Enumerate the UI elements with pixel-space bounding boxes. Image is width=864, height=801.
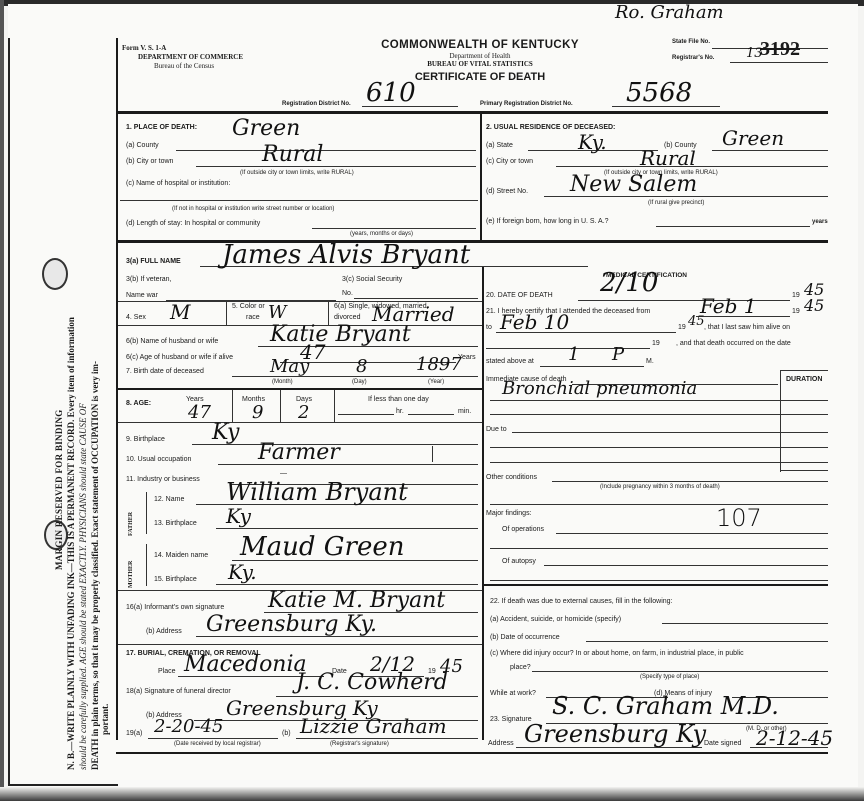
- age-div-3: [334, 390, 335, 422]
- marital-label-2: divorced: [334, 314, 360, 322]
- row-divider-age: [118, 388, 482, 390]
- hr-line: [338, 414, 394, 415]
- spouse-age-label: 6(c) Age of husband or wife if alive: [126, 354, 233, 362]
- res-street-note: (If rural give precinct): [648, 200, 704, 207]
- attended-from-year-prefix: 19: [792, 308, 800, 316]
- res-state-label: (a) State: [486, 142, 513, 150]
- industry-label: 11. Industry or business: [126, 476, 200, 484]
- res-city-label: (c) City or town: [486, 158, 533, 166]
- death-date-value: 2/10: [600, 268, 658, 298]
- autopsy-line: [544, 565, 828, 566]
- father-name-value: William Bryant: [226, 478, 408, 506]
- mother-bracket: [146, 544, 147, 586]
- place-note: (Specify type of place): [640, 674, 699, 681]
- age-days-value: 2: [298, 402, 309, 423]
- race-label: race: [246, 314, 260, 322]
- local-registrar-label: (b): [282, 730, 291, 738]
- stated-time-value: 1: [568, 344, 579, 365]
- place-label: place?: [510, 664, 531, 672]
- birth-date-label: 7. Birth date of deceased: [126, 368, 204, 376]
- res-street-label: (d) Street No.: [486, 188, 528, 196]
- operations-label: Of operations: [502, 526, 544, 534]
- father-bracket: [146, 492, 147, 534]
- attended-from-year: 45: [804, 296, 824, 315]
- res-county-line: [712, 150, 828, 151]
- header-divider: [116, 111, 828, 114]
- bureau-vital-stats: BUREAU OF VITAL STATISTICS: [360, 60, 600, 68]
- foreign-born-line: [656, 226, 810, 227]
- age-div-2: [280, 390, 281, 422]
- hospital-note: (If not in hospital or institution write…: [172, 206, 334, 213]
- annotation-handwritten: Ro. Graham: [615, 2, 724, 23]
- state-file-label: State File No.: [672, 38, 710, 46]
- birth-year: 1897: [416, 354, 462, 375]
- death-county-label: (a) County: [126, 142, 159, 150]
- funeral-director-label: 18(a) Signature of funeral director: [126, 688, 231, 696]
- attended-from-value: Feb 1: [700, 294, 757, 318]
- place-line: [532, 671, 828, 672]
- row-divider-birthplace: [118, 422, 482, 423]
- res-street-value: New Salem: [570, 172, 697, 197]
- to-label: to: [486, 324, 492, 332]
- full-name-value: James Alvis Bryant: [222, 240, 470, 270]
- mother-name-label: 14. Maiden name: [154, 552, 208, 560]
- ssn-label: 3(c) Social Security: [342, 276, 402, 284]
- mother-birthplace-line: [216, 584, 478, 585]
- duration-label: DURATION: [786, 376, 822, 384]
- margin-note-line-3: DEATH in plain terms, so that it may be …: [90, 361, 100, 770]
- other-conditions-line-2: [490, 504, 828, 505]
- father-name-label: 12. Name: [154, 496, 184, 504]
- stated-time-line: [540, 366, 644, 367]
- burial-place-value: Macedonia: [184, 652, 307, 677]
- father-birthplace-line: [216, 528, 478, 529]
- mother-side-label: MOTHER: [128, 561, 134, 588]
- form-bottom-left: [116, 752, 484, 754]
- informant-signature-label: 16(a) Informant's own signature: [126, 604, 224, 612]
- death-occurred-prefix: 19: [652, 340, 660, 348]
- due-to-line-2: [490, 447, 828, 448]
- hospital-line: [120, 200, 478, 201]
- other-conditions-line: [552, 481, 828, 482]
- funeral-director-value: J. C. Cowherd: [296, 670, 448, 695]
- cause-line-3: [490, 414, 828, 415]
- accident-line: [662, 623, 828, 624]
- birth-year-note: (Year): [428, 379, 444, 386]
- veteran-label: 3(b) If veteran,: [126, 276, 172, 284]
- informant-address-label: (b) Address: [146, 628, 182, 636]
- margin-border-bottom: [8, 784, 118, 786]
- cause-line-2: [490, 400, 828, 401]
- death-county-value: Green: [232, 116, 300, 141]
- primary-district-value: 5568: [626, 78, 692, 108]
- death-date-line: [578, 300, 790, 301]
- autopsy-label: Of autopsy: [502, 558, 536, 566]
- dept-health: Department of Health: [360, 52, 600, 60]
- foreign-born-label: (e) If foreign born, how long in U. S. A…: [486, 218, 609, 226]
- industry-value: —: [280, 470, 287, 478]
- city-line: [196, 166, 476, 167]
- stay-note: (years, months or days): [350, 231, 413, 238]
- res-county-value: Green: [722, 126, 784, 150]
- operations-value: 107: [716, 504, 762, 532]
- color-label: 5. Color or: [232, 303, 265, 311]
- registrar-no-value: 13: [746, 46, 763, 61]
- cause-value: Bronchial pneumonia: [502, 378, 697, 399]
- received-line: [148, 738, 278, 739]
- age-label: 8. AGE:: [126, 400, 151, 408]
- registrar-no-line: [730, 62, 828, 63]
- date-signed-label: Date signed: [704, 740, 741, 748]
- birth-day: 8: [356, 356, 367, 377]
- operations-line-2: [490, 548, 828, 549]
- spouse-value: Katie Bryant: [270, 322, 411, 347]
- local-registrar-note: (Registrar's signature): [330, 741, 389, 748]
- external-title: 22. If death was due to external causes,…: [490, 598, 673, 606]
- burial-place-label: Place: [158, 668, 176, 676]
- death-occurred-label: , and that death occurred on the date: [676, 340, 791, 348]
- spouse-label: 6(b) Name of husband or wife: [126, 338, 218, 346]
- mother-birthplace-value: Ky.: [228, 560, 257, 584]
- age-lessday-label: If less than one day: [368, 396, 429, 404]
- duration-box-left: [780, 370, 781, 472]
- place-of-death-title: 1. PLACE OF DEATH:: [126, 124, 197, 132]
- date-signed-value: 2-12-45: [756, 726, 833, 750]
- sex-value: M: [170, 300, 190, 324]
- occupation-value: Farmer: [258, 440, 340, 465]
- received-value: 2-20-45: [154, 716, 223, 737]
- stay-label: (d) Length of stay: In hospital or commu…: [126, 220, 260, 228]
- local-registrar-line: [296, 738, 478, 739]
- mother-birthplace-label: 15. Birthplace: [154, 576, 197, 584]
- column-divider-main: [482, 266, 484, 740]
- informant-address-value: Greensburg Ky.: [206, 612, 377, 637]
- occupation-label: 10. Usual occupation: [126, 456, 191, 464]
- physician-signature-value: S. C. Graham M.D.: [552, 692, 779, 720]
- row-divider-burial: [118, 644, 482, 645]
- duration-box-bottom: [780, 470, 828, 471]
- state-file-number: 3192: [760, 38, 800, 61]
- department-name: DEPARTMENT OF COMMERCE: [122, 53, 243, 62]
- due-to-line-1: [512, 432, 828, 433]
- margin-note-line-1: N. B.—WRITE PLAINLY WITH UNFADING INK—TH…: [66, 317, 76, 770]
- occupation-mark: [432, 446, 433, 462]
- binding-hole-icon: [42, 258, 68, 290]
- attended-to-year-prefix: 19: [678, 324, 686, 332]
- mother-name-value: Maud Green: [240, 532, 405, 562]
- birth-day-note: (Day): [352, 379, 367, 386]
- last-saw-label: , that I last saw him alive on: [704, 324, 790, 332]
- age-hr-label: hr.: [396, 408, 404, 416]
- sex-label: 4. Sex: [126, 314, 146, 322]
- stated-m-label: M.: [646, 358, 654, 366]
- ssn-line: [354, 298, 478, 299]
- primary-district-label: Primary Registration District No.: [480, 100, 573, 108]
- birth-month: May: [270, 356, 309, 377]
- margin-border: [8, 38, 10, 786]
- death-city-value: Rural: [262, 142, 323, 167]
- birthplace-value: Ky: [212, 420, 239, 445]
- column-divider-top: [480, 114, 482, 242]
- age-div-1: [232, 390, 233, 422]
- bureau-name: Bureau of the Census: [122, 62, 243, 71]
- attended-to-value: Feb 10: [500, 310, 569, 334]
- age-months-value: 9: [252, 402, 263, 423]
- death-date-label: 20. DATE OF DEATH: [486, 292, 553, 300]
- registration-district-label: Registration District No.: [282, 100, 351, 108]
- scan-edge-bottom: [0, 787, 864, 801]
- margin-note-line-2: should be carefully supplied. AGE should…: [78, 403, 88, 770]
- full-name-label: 3(a) FULL NAME: [126, 258, 181, 266]
- other-conditions-label: Other conditions: [486, 474, 537, 482]
- age-min-label: min.: [458, 408, 471, 416]
- local-registrar-value: Lizzie Graham: [300, 714, 447, 738]
- major-findings-label: Major findings:: [486, 510, 532, 518]
- attended-to-year: 45: [688, 314, 705, 329]
- occurrence-label: (b) Date of occurrence: [490, 634, 560, 642]
- birth-month-note: (Month): [272, 379, 293, 386]
- external-divider: [484, 584, 828, 586]
- county-line: [176, 150, 476, 151]
- father-side-label: FATHER: [128, 512, 134, 536]
- occupation-line: [218, 464, 478, 465]
- scan-edge-left: [0, 0, 4, 801]
- age-years-value: 47: [188, 402, 211, 423]
- registrar-no-label: Registrar's No.: [672, 54, 714, 62]
- hospital-label: (c) Name of hospital or institution:: [126, 180, 230, 188]
- ssn-no-label: No.: [342, 290, 353, 298]
- registration-district-value: 610: [366, 78, 416, 108]
- informant-signature-value: Katie M. Bryant: [268, 588, 445, 613]
- birth-date-line: [232, 376, 478, 377]
- res-city-value: Rural: [640, 146, 696, 170]
- form-number: Form V. S. 1-A: [122, 44, 243, 53]
- foreign-born-suffix: years: [812, 218, 828, 226]
- where-label: (c) Where did injury occur? In or about …: [490, 650, 744, 658]
- operations-line: [556, 533, 828, 534]
- stated-above-label: stated above at: [486, 358, 534, 366]
- war-label: Name war: [126, 292, 158, 300]
- race-value: W: [268, 302, 287, 323]
- form-bottom-right: [484, 752, 828, 754]
- res-state-value: Ky.: [578, 130, 607, 154]
- min-line: [408, 414, 454, 415]
- stay-line: [312, 228, 476, 229]
- other-conditions-note: (Include pregnancy within 3 months of de…: [600, 484, 720, 491]
- while-at-work-label: While at work?: [490, 690, 536, 698]
- received-note: (Date received by local registrar): [174, 741, 261, 748]
- physician-address-label: Address: [488, 740, 514, 748]
- received-label: 19(a): [126, 730, 142, 738]
- form-header-left: Form V. S. 1-A DEPARTMENT OF COMMERCE Bu…: [122, 44, 243, 71]
- autopsy-line-2: [490, 580, 828, 581]
- death-city-label: (b) City or town: [126, 158, 173, 166]
- death-city-note: (If outside city or town limits, write R…: [240, 170, 354, 177]
- sex-race-divider: [226, 301, 227, 325]
- accident-label: (a) Accident, suicide, or homicide (spec…: [490, 616, 621, 624]
- due-to-line-3: [490, 462, 828, 463]
- father-birthplace-value: Ky: [226, 504, 251, 528]
- margin-reserved-label: MARGIN RESERVED FOR BINDING: [54, 409, 64, 570]
- father-birthplace-label: 13. Birthplace: [154, 520, 197, 528]
- margin-note-line-4: portant.: [100, 704, 110, 735]
- birthplace-label: 9. Birthplace: [126, 436, 165, 444]
- physician-address-value: Greensburg Ky: [524, 720, 706, 748]
- duration-box-top: [780, 370, 828, 371]
- commonwealth-title: COMMONWEALTH OF KENTUCKY: [360, 38, 600, 52]
- occurrence-line: [586, 641, 828, 642]
- stated-ampm-value: P: [612, 344, 624, 365]
- death-year-prefix: 19: [792, 292, 800, 300]
- due-to-label: Due to: [486, 426, 507, 434]
